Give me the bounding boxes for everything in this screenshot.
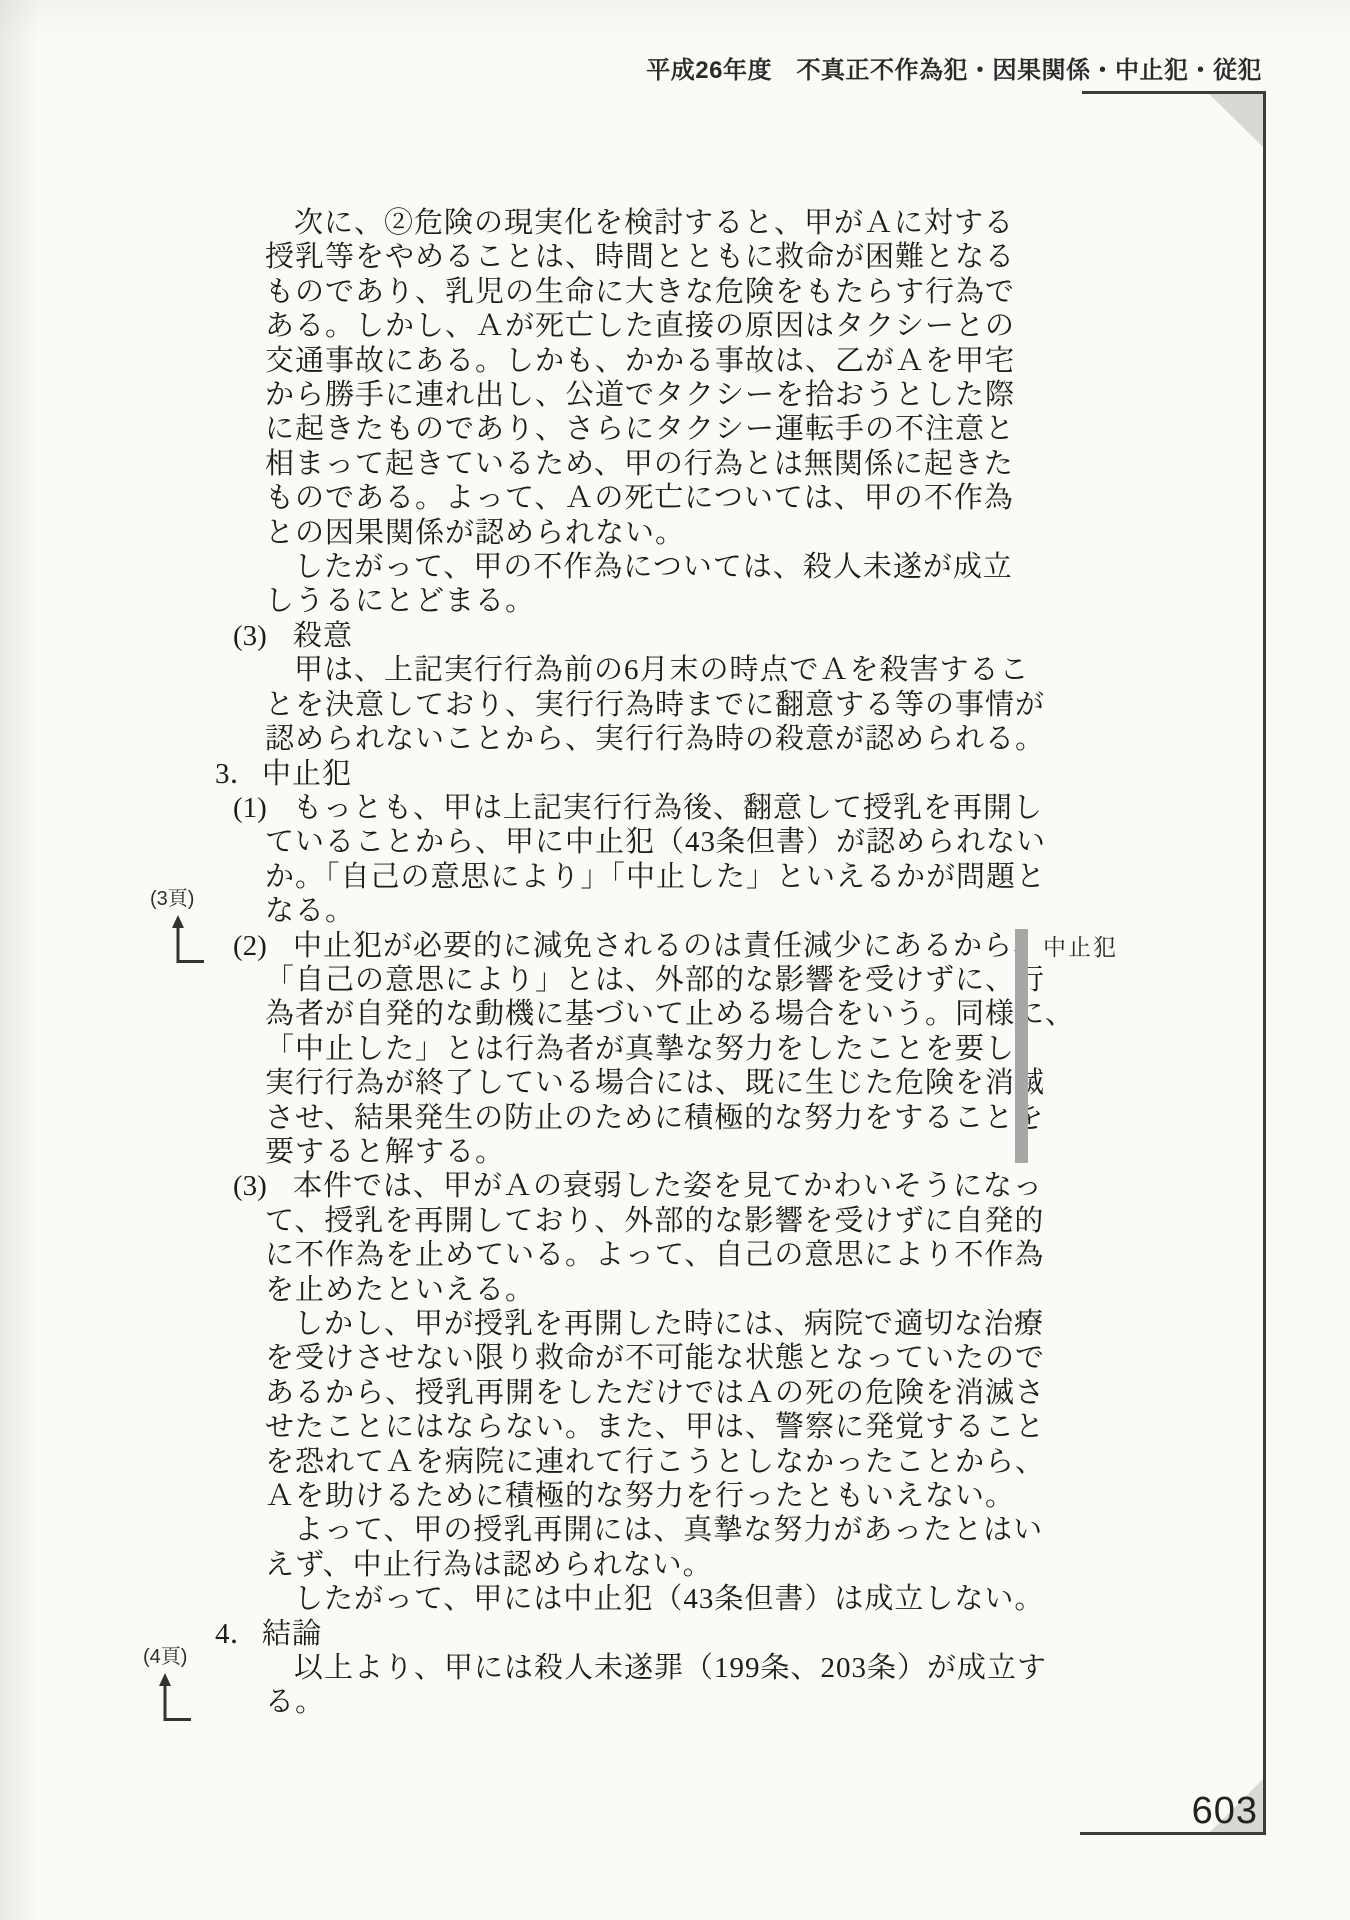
page-break-label: (4頁) xyxy=(143,1640,197,1669)
answer-line: しかし、甲が授乳を再開した時には、病院で適切な治療 xyxy=(0,1307,1160,1341)
answer-line: に起きたものであり、さらにタクシー運転手の不注意と xyxy=(0,412,1160,446)
answer-line: 「自己の意思により」とは、外部的な影響を受けずに、行 xyxy=(0,963,1160,997)
answer-line: よって、甲の授乳再開には、真摯な努力があったとはい xyxy=(0,1513,1160,1547)
sheet-frame-bottom-rule xyxy=(1080,1832,1266,1835)
section-number: 4． xyxy=(215,1617,262,1651)
item-number: (1) xyxy=(233,791,293,825)
answer-line: とを決意しており、実行行為時までに翻意する等の事情が xyxy=(0,688,1160,722)
answer-line: しうるにとどまる。 xyxy=(0,584,1160,618)
answer-line: 甲は、上記実行行為前の6月末の時点でＡを殺害するこ xyxy=(0,653,1160,687)
line-text: 中止犯 xyxy=(262,758,352,790)
answer-line: せたことにはならない。また、甲は、警察に発覚すること xyxy=(0,1410,1160,1444)
topic-highlight-bar xyxy=(1015,929,1028,1163)
answer-line: との因果関係が認められない。 xyxy=(0,516,1160,550)
line-text: 殺意 xyxy=(293,620,353,652)
answer-line: 交通事故にある。しかも、かかる事故は、乙がＡを甲宅 xyxy=(0,344,1160,378)
line-text: もっとも、甲は上記実行行為後、翻意して授乳を再開し xyxy=(293,792,1043,824)
item-number: (3) xyxy=(233,1169,293,1203)
answer-line: から勝手に連れ出し、公道でタクシーを拾おうとした際 xyxy=(0,378,1160,412)
answer-line: ものであり、乳児の生命に大きな危険をもたらす行為で xyxy=(0,275,1160,309)
answer-line: に不作為を止めている。よって、自己の意思により不作為 xyxy=(0,1238,1160,1272)
page-break-marker-3: (3頁) xyxy=(150,882,210,967)
answer-line: ていることから、甲に中止犯（43条但書）が認められない xyxy=(0,825,1160,859)
line-text: 本件では、甲がＡの衰弱した姿を見てかわいそうになっ xyxy=(293,1170,1043,1202)
running-head: 平成26年度 不真正不作為犯・因果関係・中止犯・従犯 xyxy=(646,50,1262,85)
answer-line: あるから、授乳再開をしただけではＡの死の危険を消滅さ xyxy=(0,1376,1160,1410)
page-break-label: (3頁) xyxy=(150,882,210,911)
corner-fold-top-icon xyxy=(1209,94,1263,147)
answer-line: えず、中止行為は認められない。 xyxy=(0,1548,1160,1582)
answer-line: 「中止した」とは行為者が真摯な努力をしたことを要し、 xyxy=(0,1032,1160,1066)
answer-line: 3．中止犯 xyxy=(0,757,1160,791)
page-break-marker-4: (4頁) xyxy=(143,1640,197,1725)
answer-line: ものである。よって、Ａの死亡については、甲の不作為 xyxy=(0,481,1160,515)
page-number: 603 xyxy=(1192,1792,1258,1830)
answer-line: 相まって起きているため、甲の行為とは無関係に起きた xyxy=(0,447,1160,481)
answer-line: したがって、甲の不作為については、殺人未遂が成立 xyxy=(0,550,1160,584)
answer-line: を止めたといえる。 xyxy=(0,1273,1160,1307)
topic-label: 中止犯 xyxy=(1043,929,1118,962)
section-number: 3． xyxy=(215,757,262,791)
line-text: 結論 xyxy=(262,1618,322,1650)
answer-line: (3)本件では、甲がＡの衰弱した姿を見てかわいそうになっ xyxy=(0,1169,1160,1203)
answer-line: 要すると解する。 xyxy=(0,1135,1160,1169)
sheet-frame-top-rule xyxy=(1082,91,1266,94)
answer-line: 授乳等をやめることは、時間とともに救命が困難となる xyxy=(0,240,1160,274)
answer-line: を受けさせない限り救命が不可能な状態となっていたので xyxy=(0,1341,1160,1375)
sheet-frame-right-rule xyxy=(1263,91,1266,1835)
scanned-book-page: 平成26年度 不真正不作為犯・因果関係・中止犯・従犯 次に、②危険の現実化を検討… xyxy=(0,0,1350,1920)
answer-line: させ、結果発生の防止のために積極的な努力をすることを xyxy=(0,1101,1160,1135)
item-number: (3) xyxy=(233,619,293,653)
answer-line: Ａを助けるために積極的な努力を行ったともいえない。 xyxy=(0,1479,1160,1513)
answer-line: (3)殺意 xyxy=(0,619,1160,653)
answer-line: したがって、甲には中止犯（43条但書）は成立しない。 xyxy=(0,1582,1160,1616)
answer-line: を恐れてＡを病院に連れて行こうとしなかったことから、 xyxy=(0,1445,1160,1479)
answer-line: 認められないことから、実行行為時の殺意が認められる。 xyxy=(0,722,1160,756)
item-number: (2) xyxy=(233,929,293,963)
answer-line: て、授乳を再開しており、外部的な影響を受けずに自発的 xyxy=(0,1204,1160,1238)
answer-line: 為者が自発的な動機に基づいて止める場合をいう。同様に、 xyxy=(0,997,1160,1031)
answer-line: 次に、②危険の現実化を検討すると、甲がＡに対する xyxy=(0,206,1160,240)
answer-line: ある。しかし、Ａが死亡した直接の原因はタクシーとの xyxy=(0,309,1160,343)
answer-line: 実行行為が終了している場合には、既に生じた危険を消滅 xyxy=(0,1066,1160,1100)
up-arrow-icon xyxy=(153,1673,197,1725)
line-text: 中止犯が必要的に減免されるのは責任減少にあるから、 xyxy=(293,930,1043,962)
answer-line: (1)もっとも、甲は上記実行行為後、翻意して授乳を再開し xyxy=(0,791,1160,825)
up-arrow-icon xyxy=(166,915,210,967)
